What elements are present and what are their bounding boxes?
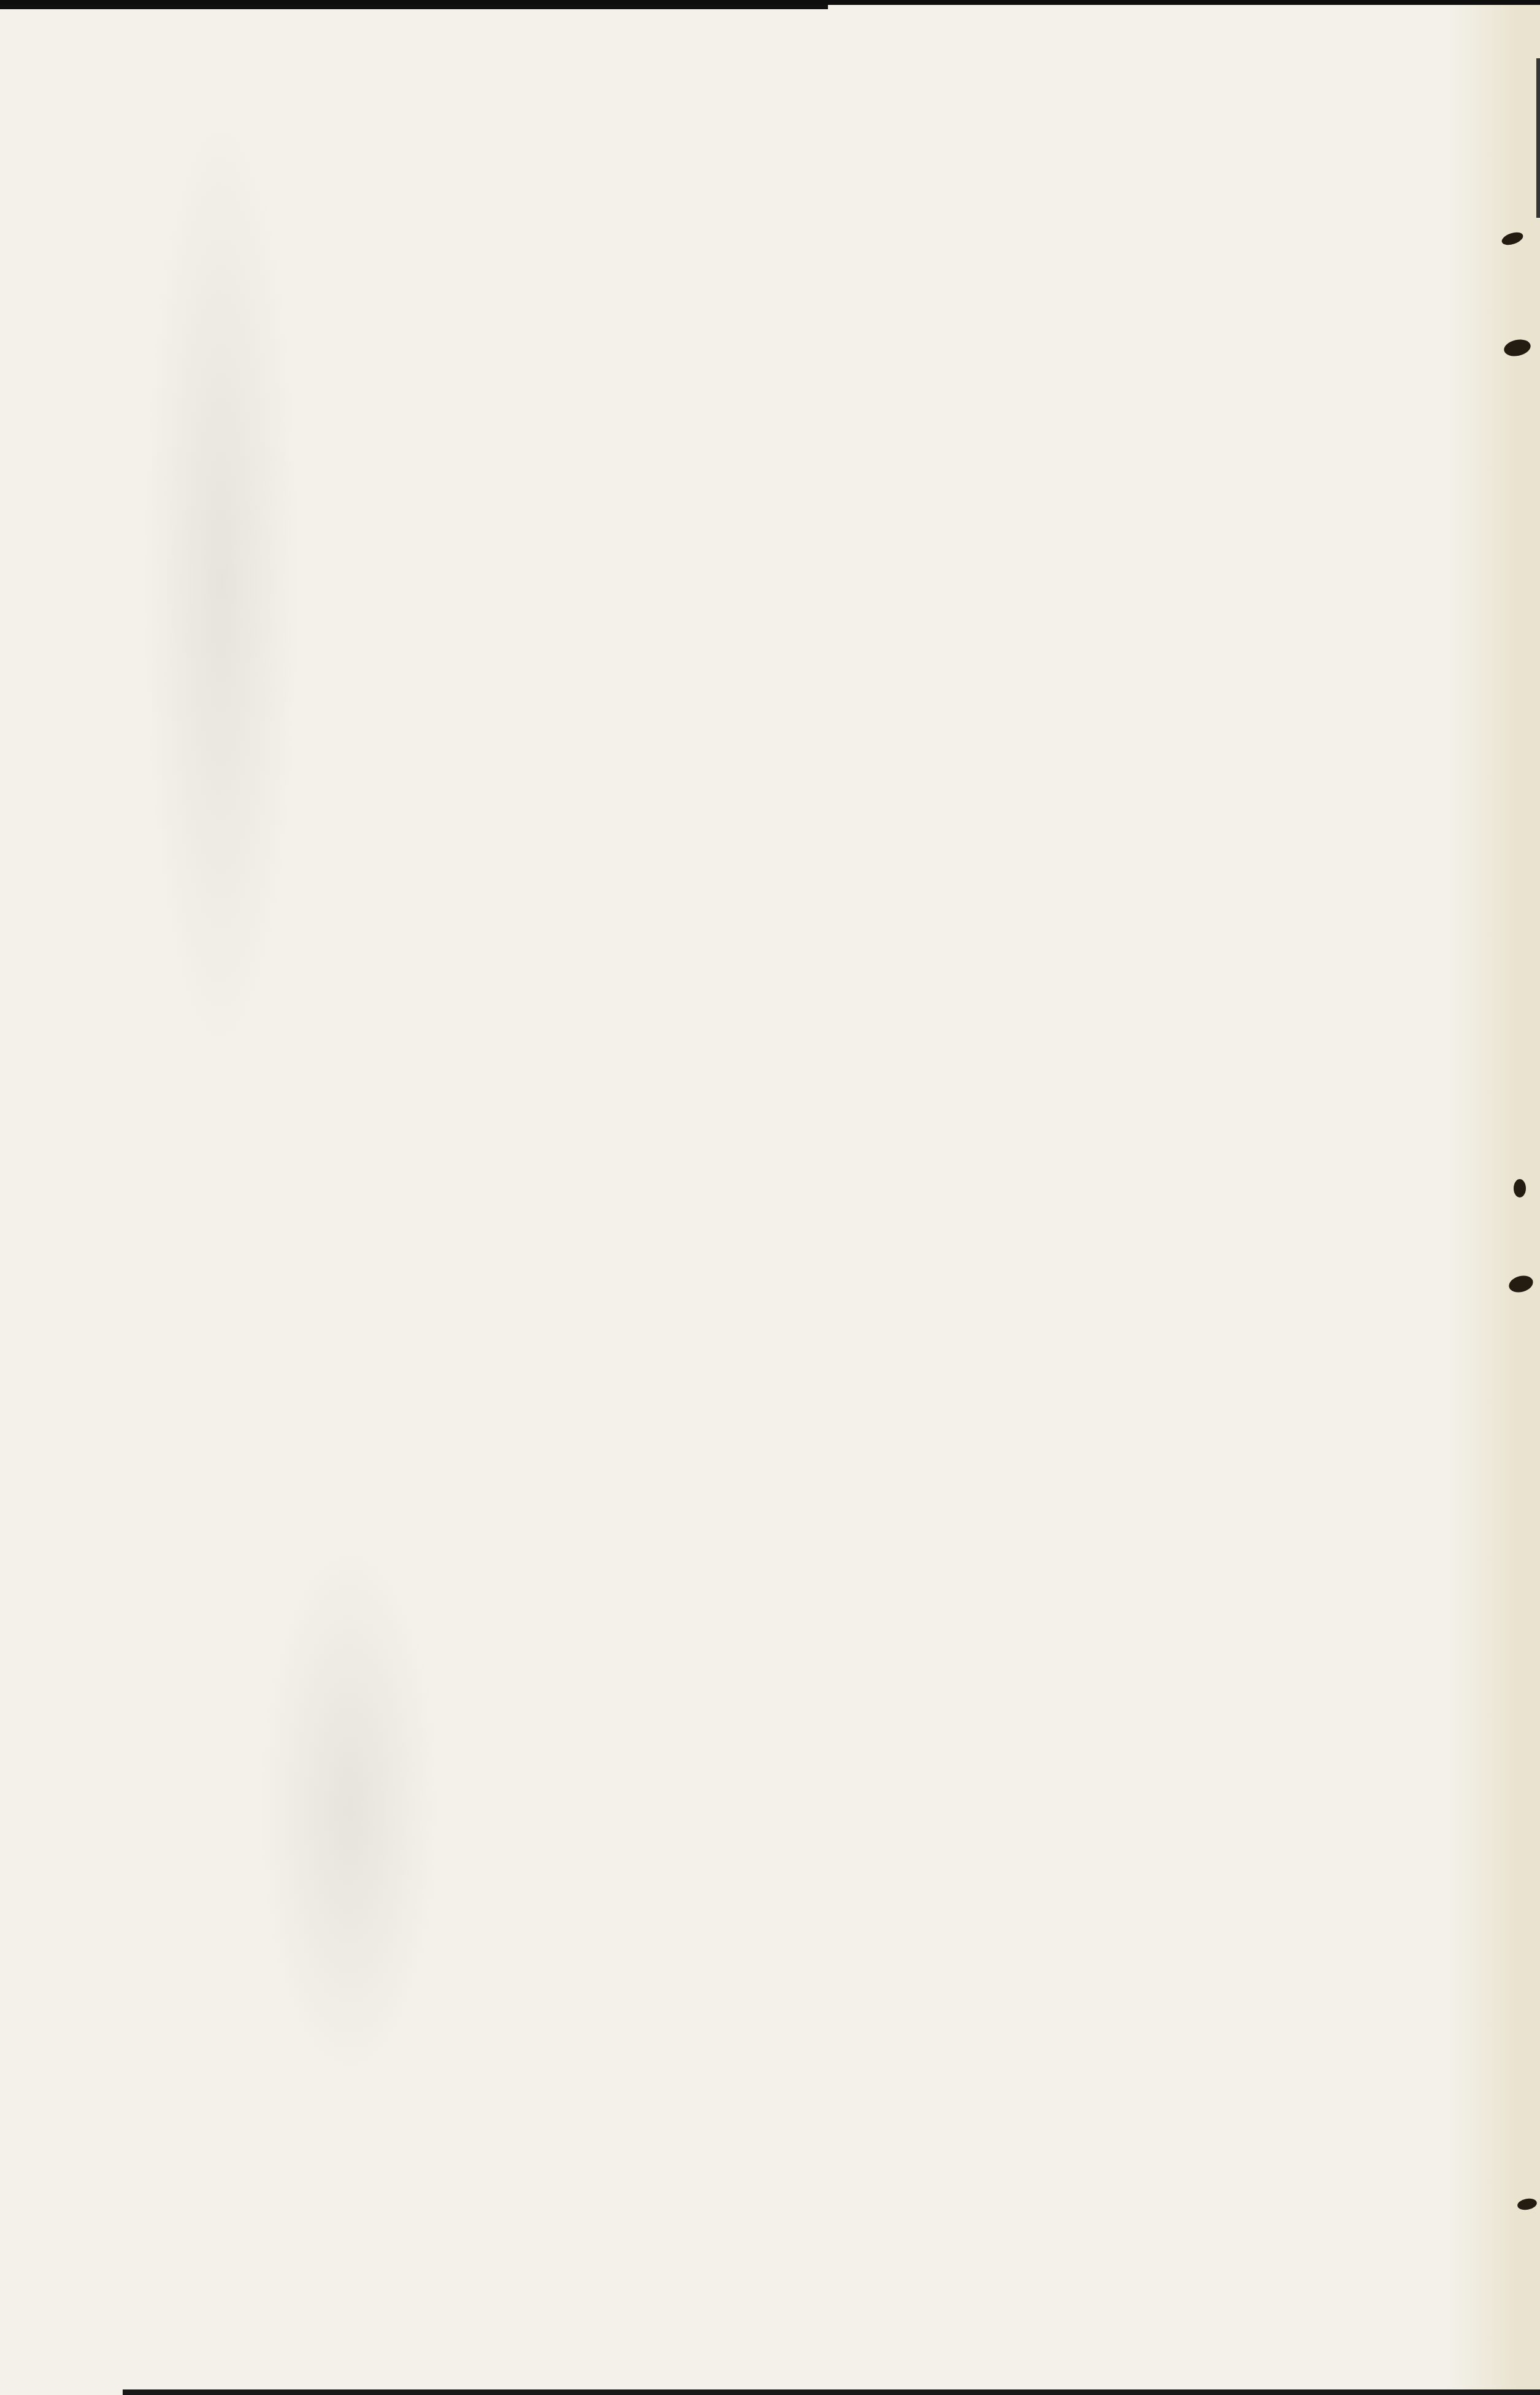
scan-edge-bottom <box>123 2389 1540 2395</box>
scanned-document-page <box>0 0 1540 2395</box>
scan-edge-right <box>1536 58 1540 218</box>
ink-speck <box>1514 1179 1526 1197</box>
scan-edge-top <box>0 0 1540 5</box>
typewritten-text <box>0 0 1540 2395</box>
